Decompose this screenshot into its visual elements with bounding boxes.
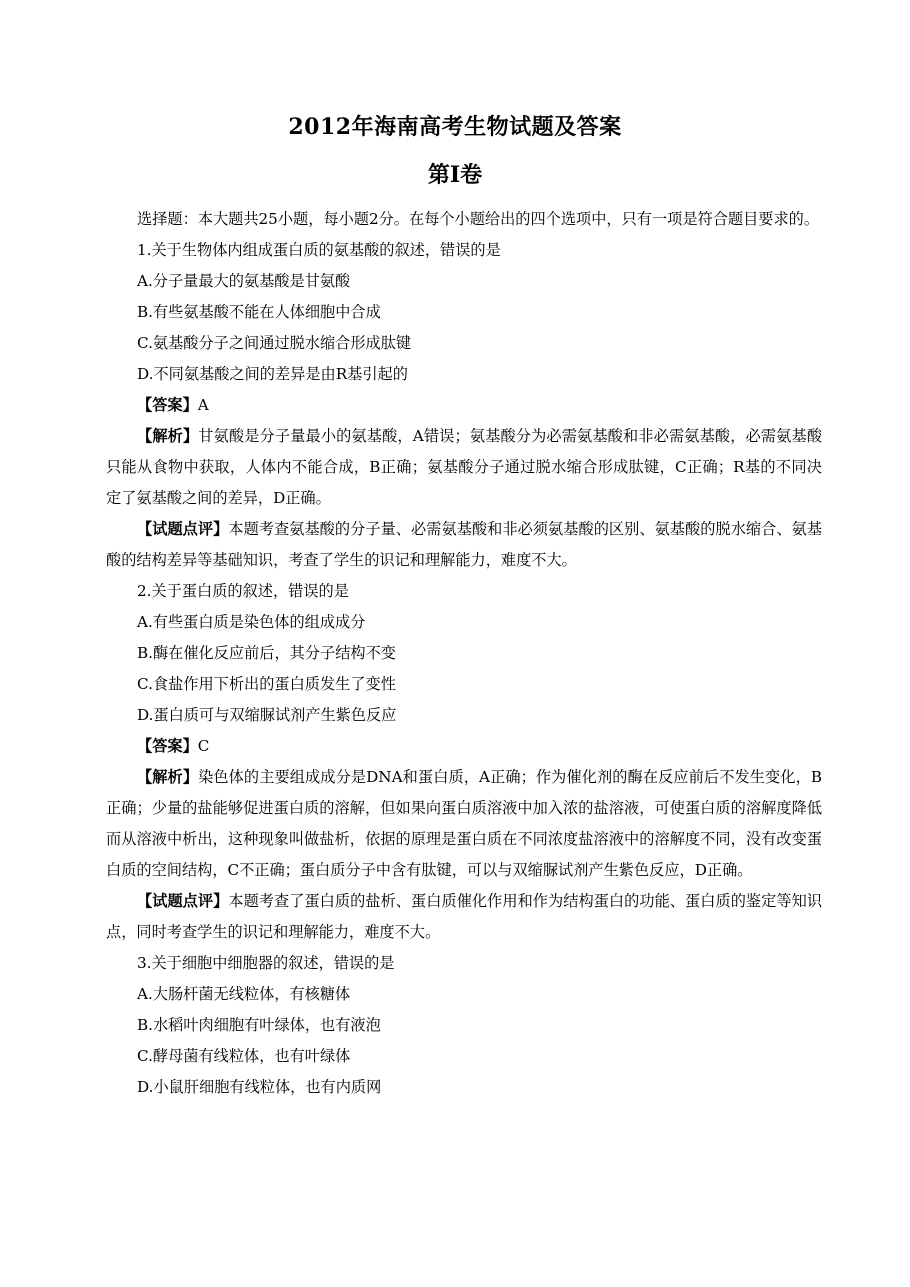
option-d: D.不同氨基酸之间的差异是由R基引起的	[106, 359, 822, 390]
analysis-text: 染色体的主要组成成分是DNA和蛋白质，A正确；作为催化剂的酶在反应前后不发生变化…	[106, 768, 822, 879]
option-c: C.食盐作用下析出的蛋白质发生了变性	[106, 669, 822, 700]
question-3: 3.关于细胞中细胞器的叙述，错误的是 A.大肠杆菌无线粒体，有核糖体 B.水稻叶…	[106, 948, 822, 1103]
option-a: A.分子量最大的氨基酸是甘氨酸	[106, 266, 822, 297]
answer-line: 【答案】C	[106, 731, 822, 762]
analysis-tag: 【解析】	[137, 427, 198, 445]
answer-line: 【答案】A	[106, 390, 822, 421]
question-2: 2.关于蛋白质的叙述，错误的是 A.有些蛋白质是染色体的组成成分 B.酶在催化反…	[106, 576, 822, 948]
document-body: 选择题：本大题共25小题，每小题2分。在每个小题给出的四个选项中，只有一项是符合…	[106, 204, 822, 1103]
analysis-text: 甘氨酸是分子量最小的氨基酸，A错误；氨基酸分为必需氨基酸和非必需氨基酸，必需氨基…	[106, 427, 822, 507]
answer-value: C	[198, 737, 210, 755]
answer-value: A	[198, 396, 209, 414]
analysis-paragraph: 【解析】甘氨酸是分子量最小的氨基酸，A错误；氨基酸分为必需氨基酸和非必需氨基酸，…	[106, 421, 822, 514]
comment-tag: 【试题点评】	[137, 892, 228, 910]
document-page: 2012年海南高考生物试题及答案 第Ⅰ卷 选择题：本大题共25小题，每小题2分。…	[0, 0, 910, 1287]
section-title: 第Ⅰ卷	[0, 158, 910, 189]
comment-tag: 【试题点评】	[137, 520, 228, 538]
option-c: C.酵母菌有线粒体，也有叶绿体	[106, 1041, 822, 1072]
question-1: 1.关于生物体内组成蛋白质的氨基酸的叙述，错误的是 A.分子量最大的氨基酸是甘氨…	[106, 235, 822, 576]
comment-paragraph: 【试题点评】本题考查氨基酸的分子量、必需氨基酸和非必须氨基酸的区别、氨基酸的脱水…	[106, 514, 822, 576]
option-d: D.蛋白质可与双缩脲试剂产生紫色反应	[106, 700, 822, 731]
question-stem: 1.关于生物体内组成蛋白质的氨基酸的叙述，错误的是	[106, 235, 822, 266]
option-a: A.有些蛋白质是染色体的组成成分	[106, 607, 822, 638]
option-b: B.酶在催化反应前后，其分子结构不变	[106, 638, 822, 669]
option-b: B.有些氨基酸不能在人体细胞中合成	[106, 297, 822, 328]
answer-tag: 【答案】	[137, 737, 198, 755]
document-title: 2012年海南高考生物试题及答案	[0, 110, 910, 141]
analysis-tag: 【解析】	[137, 768, 198, 786]
option-a: A.大肠杆菌无线粒体，有核糖体	[106, 979, 822, 1010]
analysis-paragraph: 【解析】染色体的主要组成成分是DNA和蛋白质，A正确；作为催化剂的酶在反应前后不…	[106, 762, 822, 886]
question-stem: 2.关于蛋白质的叙述，错误的是	[106, 576, 822, 607]
option-d: D.小鼠肝细胞有线粒体，也有内质网	[106, 1072, 822, 1103]
option-b: B.水稻叶肉细胞有叶绿体，也有液泡	[106, 1010, 822, 1041]
comment-paragraph: 【试题点评】本题考查了蛋白质的盐析、蛋白质催化作用和作为结构蛋白的功能、蛋白质的…	[106, 886, 822, 948]
option-c: C.氨基酸分子之间通过脱水缩合形成肽键	[106, 328, 822, 359]
question-stem: 3.关于细胞中细胞器的叙述，错误的是	[106, 948, 822, 979]
intro-paragraph: 选择题：本大题共25小题，每小题2分。在每个小题给出的四个选项中，只有一项是符合…	[106, 204, 822, 235]
answer-tag: 【答案】	[137, 396, 198, 414]
